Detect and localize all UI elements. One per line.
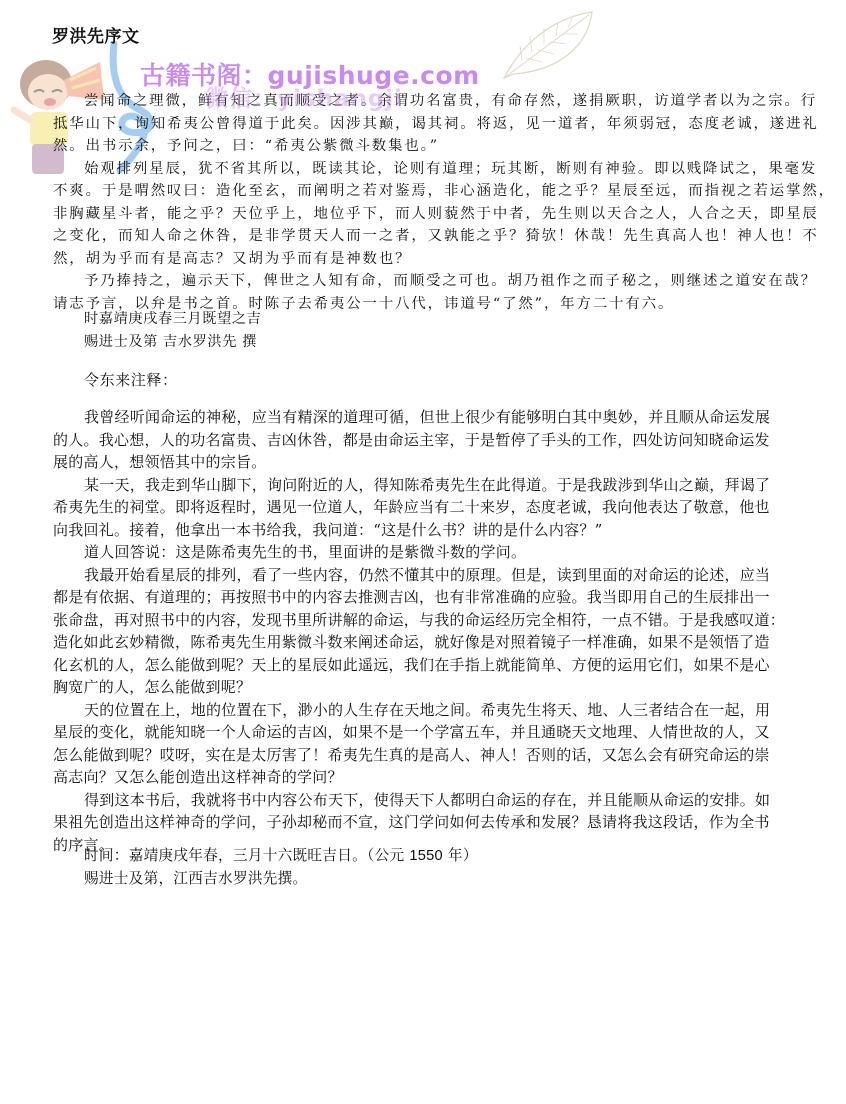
text-line: 张命盘，再对照书中的内容，发现书里所讲解的命运，与我的命运经历完全相符，一点不错… [53, 609, 813, 632]
text-line: 尝闻命之理微，鲜有知之真而顺受之者。余谓功名富贵，有命存然，遂捐厥职，访道学者以… [53, 90, 813, 113]
date-suffix: 年） [443, 847, 478, 864]
author-line: 赐进士及第 吉水罗洪先 撰 [53, 331, 813, 354]
classical-signature: 时嘉靖庚戌春三月既望之吉 赐进士及第 吉水罗洪先 撰 [53, 308, 813, 353]
text-line: 我最开始看星辰的排列，看了一些内容，仍然不懂其中的原理。但是，读到里面的对命运的… [53, 564, 813, 587]
text-line: 始观排列星辰，犹不省其所以，既读其论，论则有道理；玩其断，断则有神验。即以贱降试… [53, 158, 813, 181]
text-line: 胸宽广的人，怎么能做到呢？ [53, 676, 813, 699]
page-title: 罗洪先序文 [52, 22, 140, 47]
text-line: 天的位置在上，地的位置在下，渺小的人生存在天地之间。希夷先生将天、地、人三者结合… [53, 699, 813, 722]
text-line: 得到这本书后，我就将书中内容公布天下，使得天下人都明白命运的存在，并且能顺从命运… [53, 789, 813, 812]
text-line: 的人。我心想，人的功名富贵、吉凶休咎，都是由命运主宰，于是暂停了手头的工作，四处… [53, 429, 813, 452]
text-line: 怎么能做到呢？哎呀，实在是太厉害了！希夷先生真的是高人、神人！否则的话，又怎么会… [53, 744, 813, 767]
modern-signature: 时间：嘉靖庚戌年春，三月十六既旺吉日。（公元 1550 年） 赐进士及第，江西吉… [53, 845, 813, 890]
text-line: 星辰的变化，就能知晓一个人命运的吉凶，如果不是一个学富五车，并且通晓天文地理、人… [53, 721, 813, 744]
modern-translation: 我曾经听闻命运的神秘，应当有精深的道理可循，但世上很少有能够明白其中奥妙，并且顺… [53, 406, 813, 856]
site-watermark: 古籍书阁：gujishuge.com [140, 56, 480, 92]
document-page: 罗洪先序文 尝闻命之理微，鲜有知之真而顺受之者。余谓功名富贵，有命存然，遂捐厥职… [0, 0, 846, 1104]
date-prefix: 时间：嘉靖庚戌年春，三月十六既旺吉日。（公元 [84, 847, 409, 864]
text-line: 然。出书示余，予问之，曰：“希夷公紫微斗数集也。” [53, 135, 813, 158]
text-line: 都是有依据、有道理的；再按照书中的内容去推测吉凶，也有非常准确的应验。我当即用自… [53, 586, 813, 609]
date-line: 时间：嘉靖庚戌年春，三月十六既旺吉日。（公元 1550 年） [53, 845, 813, 868]
leaf-watermark-icon [492, 4, 602, 84]
text-line: 道人回答说：这是陈希夷先生的书，里面讲的是紫微斗数的学问。 [53, 541, 813, 564]
year-value: 1550 [409, 848, 443, 864]
classical-preface: 尝闻命之理微，鲜有知之真而顺受之者。余谓功名富贵，有命存然，遂捐厥职，访道学者以… [53, 90, 813, 315]
text-line: 我曾经听闻命运的神秘，应当有精深的道理可循，但世上很少有能够明白其中奥妙，并且顺… [53, 406, 813, 429]
annotation-label: 令东来注释： [53, 369, 813, 392]
text-line: 果祖先创造出这样神奇的学问，子孙却秘而不宣，这门学问如何去传承和发展？恳请将我这… [53, 811, 813, 834]
text-line: 某一天，我走到华山脚下，询问附近的人，得知陈希夷先生在此得道。于是我跋涉到华山之… [53, 474, 813, 497]
text-line: 然，胡为乎而有是高志？又胡为乎而有是神数也？ [53, 248, 813, 271]
text-line: 化玄机的人，怎么能做到呢？天上的星辰如此遥远，我们在手指上就能简单、方便的运用它… [53, 654, 813, 677]
text-line: 高志向？又怎么能创造出这样神奇的学问？ [53, 766, 813, 789]
text-line: 之变化，而知人命之休咎，是非学贯天人而一之者，又孰能之乎？猗欤！休哉！先生真高人… [53, 225, 813, 248]
date-line: 时嘉靖庚戌春三月既望之吉 [53, 308, 813, 331]
text-line: 希夷先生的祠堂。即将返程时，遇见一位道人，年龄应当有二十来岁，态度老诚，我向他表… [53, 496, 813, 519]
text-line: 展的高人，想领悟其中的宗旨。 [53, 451, 813, 474]
author-line: 赐进士及第，江西吉水罗洪先撰。 [53, 868, 813, 891]
text-line: 向我回礼。接着，他拿出一本书给我，我问道：“这是什么书？讲的是什么内容？” [53, 519, 813, 542]
text-line: 造化如此玄妙精微，陈希夷先生用紫微斗数来阐述命运，就好像是对照着镜子一样准确，如… [53, 631, 813, 654]
text-line: 不爽。于是喟然叹曰：造化至玄，而阐明之若对鉴焉，非心涵造化，能之乎？星辰至远，而… [53, 180, 813, 203]
annotation-heading: 令东来注释： [53, 369, 813, 392]
text-line: 抵华山下，询知希夷公曾得道于此矣。因涉其巅，谒其祠。将返，见一道者，年须弱冠，态… [53, 113, 813, 136]
text-line: 非胸藏星斗者，能之乎？天位乎上，地位乎下，而人则藐然于中者，先生则以天合之人，人… [53, 203, 813, 226]
text-line: 予乃捧持之，遍示天下，俾世之人知有命，而顺受之可也。胡乃祖作之而子秘之，则继述之… [53, 270, 813, 293]
